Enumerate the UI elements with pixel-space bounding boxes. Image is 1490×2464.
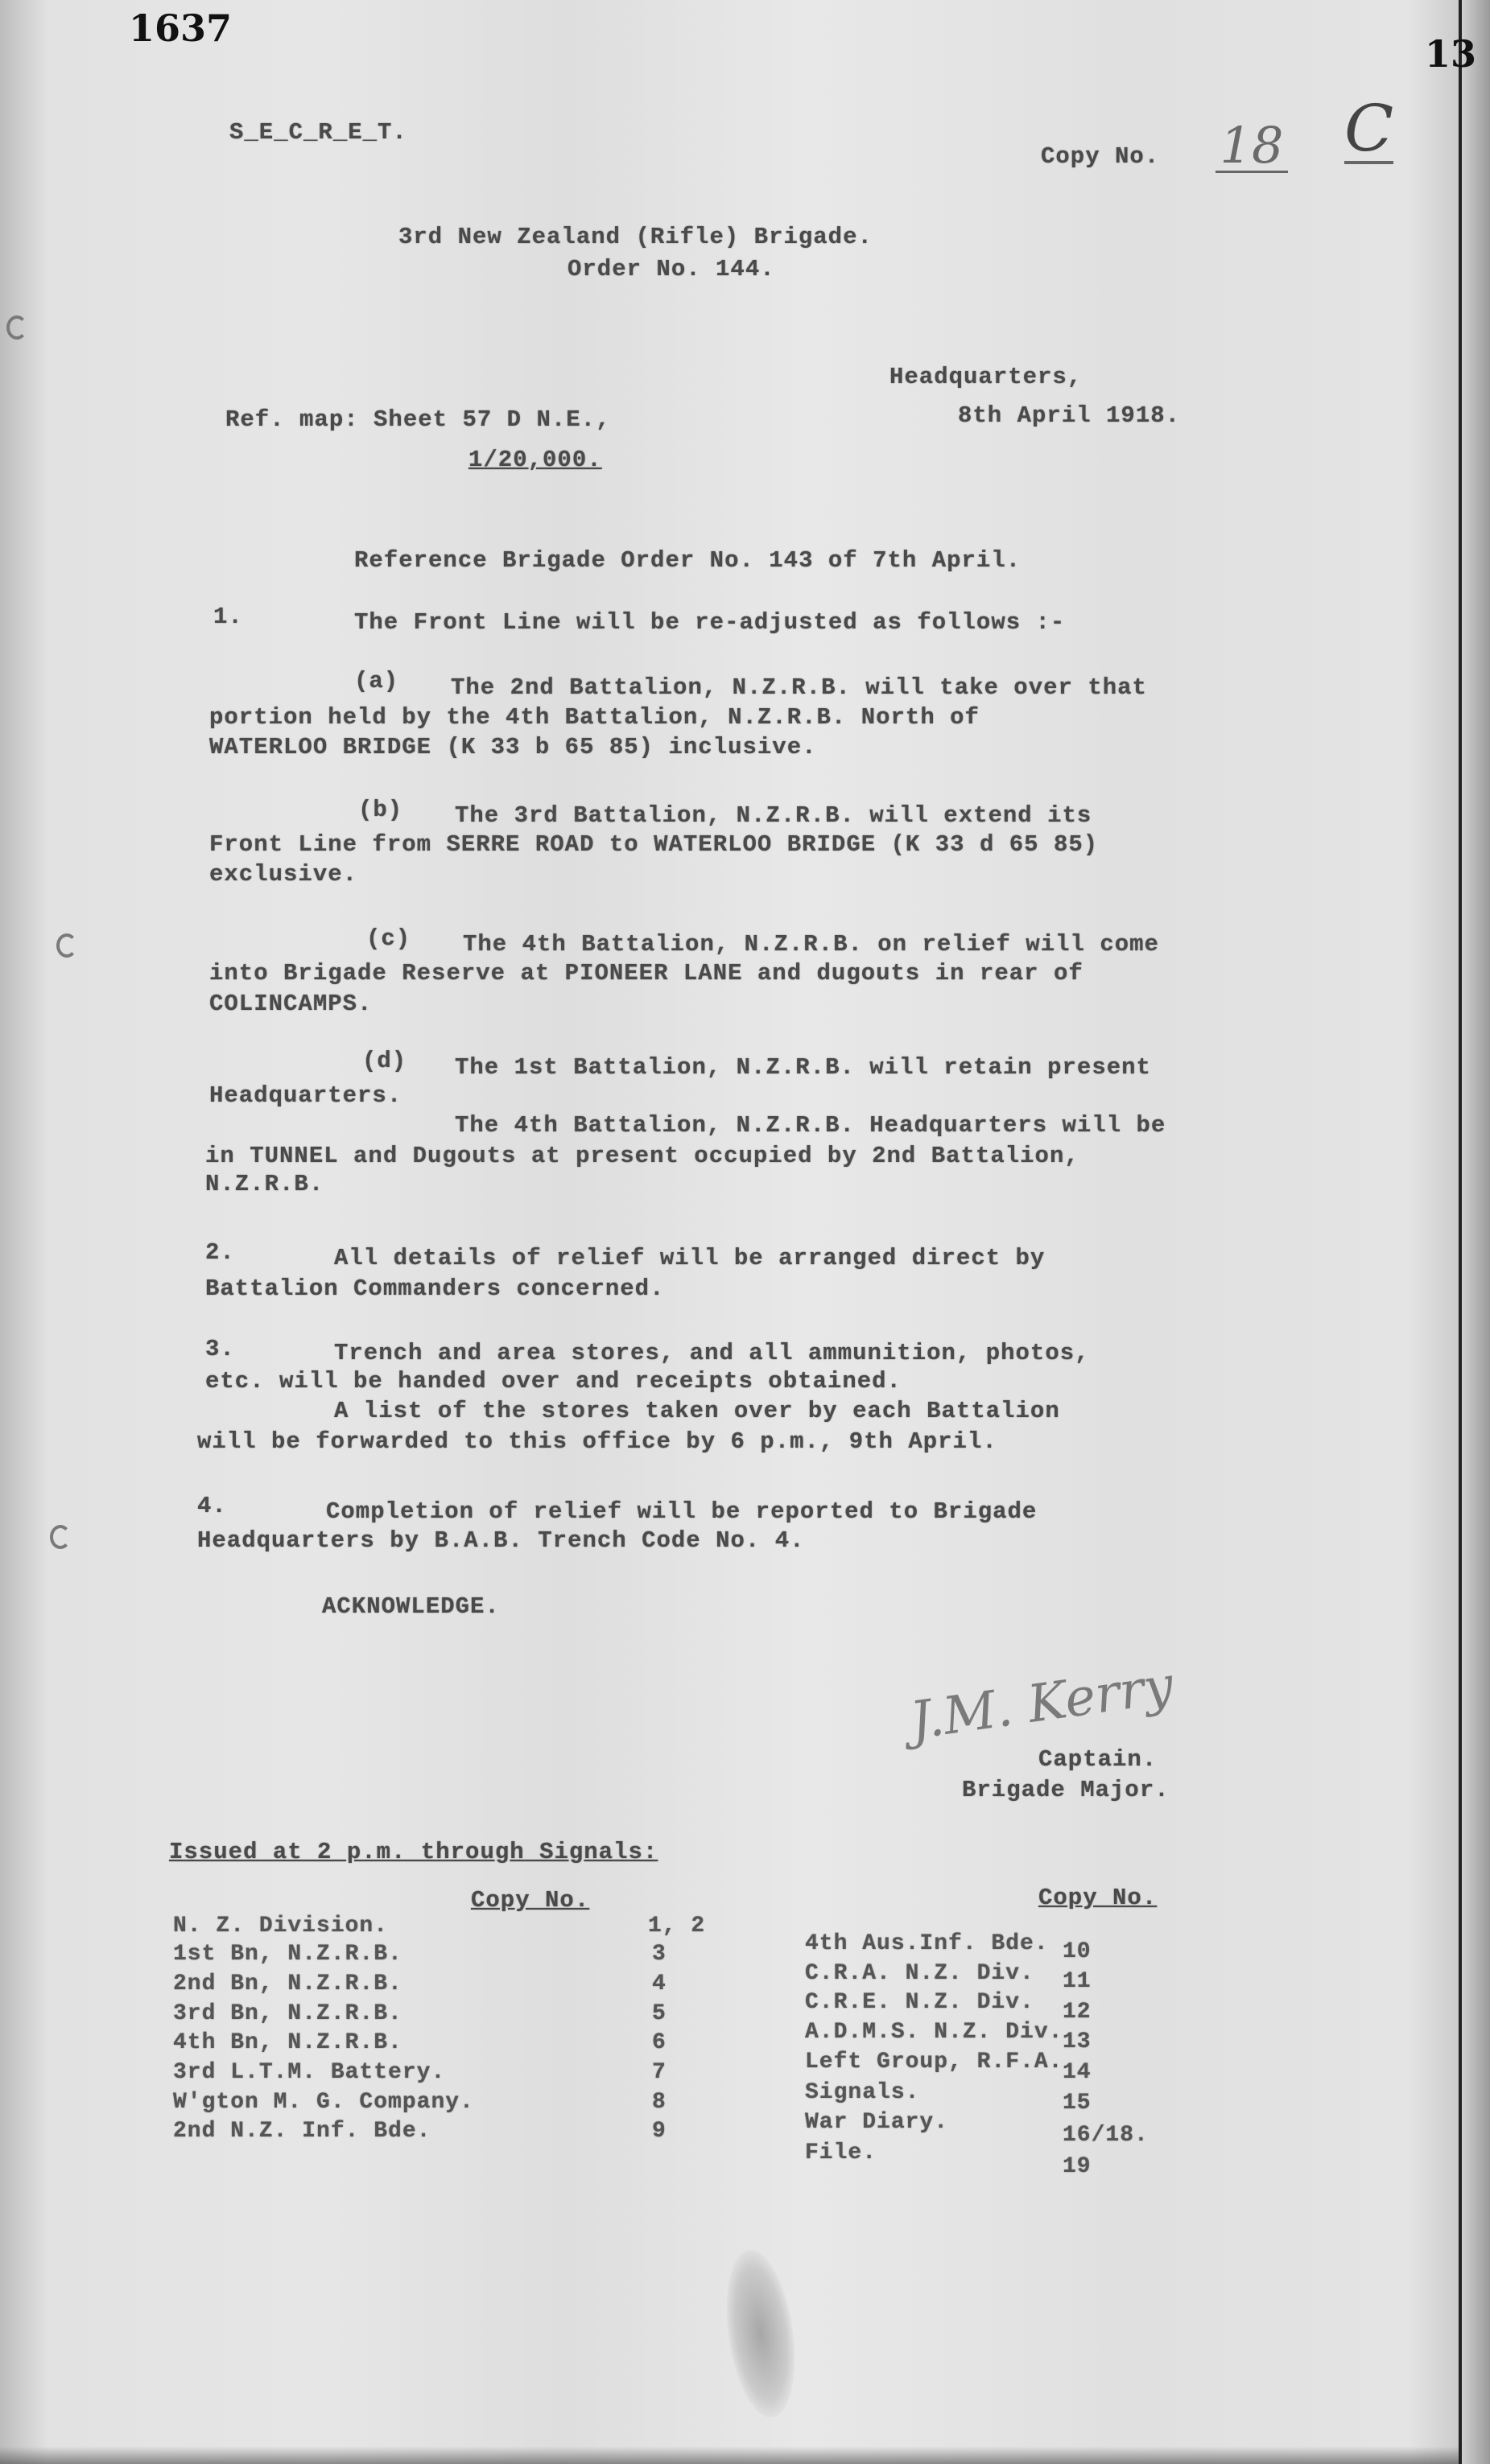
hq-location: Headquarters, <box>889 364 1082 390</box>
unit-title: 3rd New Zealand (Rifle) Brigade. <box>398 224 873 250</box>
punch-hole-icon <box>56 933 77 958</box>
punch-hole-icon <box>50 1525 71 1549</box>
page-bottom-shadow <box>0 2446 1459 2464</box>
list-item: N. Z. Division. <box>173 1914 388 1939</box>
list-item: 2nd Bn, N.Z.R.B. <box>173 1972 402 1996</box>
list-item: Left Group, R.F.A. <box>805 2050 1063 2075</box>
list-item: File. <box>805 2141 877 2165</box>
copy-number: 5 <box>652 2001 667 2026</box>
paragraph-line: Headquarters by B.A.B. Trench Code No. 4… <box>197 1527 805 1554</box>
paragraph-line: The Front Line will be re-adjusted as fo… <box>354 609 1065 636</box>
paragraph-line: in TUNNEL and Dugouts at present occupie… <box>205 1143 1079 1169</box>
paragraph-number: 4. <box>197 1493 227 1519</box>
copy-number: 3 <box>652 1942 667 1967</box>
paragraph-line: A list of the stores taken over by each … <box>334 1398 1060 1424</box>
copy-number: 6 <box>652 2030 667 2055</box>
paragraph-line: into Brigade Reserve at PIONEER LANE and… <box>209 960 1083 987</box>
copy-number: 19 <box>1063 2154 1092 2179</box>
paragraph-line: will be forwarded to this office by 6 p.… <box>197 1428 997 1455</box>
copy-number: 1, 2 <box>648 1914 705 1939</box>
copy-header-left: Copy No. <box>471 1887 589 1914</box>
paragraph-line: WATERLOO BRIDGE (K 33 b 65 85) inclusive… <box>209 734 817 760</box>
paragraph-line: Battalion Commanders concerned. <box>205 1275 665 1302</box>
acknowledge-instruction: ACKNOWLEDGE. <box>322 1593 500 1620</box>
paragraph-line: portion held by the 4th Battalion, N.Z.R… <box>209 704 980 731</box>
list-item: 4th Bn, N.Z.R.B. <box>173 2030 402 2055</box>
subparagraph-label: (c) <box>366 925 411 952</box>
classification-label: S_E_C_R_E_T. <box>229 119 407 146</box>
order-title: Order No. 144. <box>568 256 775 282</box>
paragraph-line: N.Z.R.B. <box>205 1171 324 1197</box>
punch-hole-icon <box>6 315 27 340</box>
subparagraph-label: (b) <box>358 797 402 823</box>
signatory-appointment: Brigade Major. <box>962 1777 1170 1803</box>
paragraph-line: Front Line from SERRE ROAD to WATERLOO B… <box>209 831 1098 858</box>
list-item: 3rd Bn, N.Z.R.B. <box>173 2001 402 2026</box>
copy-number: 12 <box>1063 2000 1092 2025</box>
handwritten-mark: C <box>1344 97 1393 164</box>
binder-strip <box>1462 0 1490 2464</box>
list-item: 2nd N.Z. Inf. Bde. <box>173 2119 431 2144</box>
copy-number: 10 <box>1063 1939 1092 1964</box>
copy-header-right: Copy No. <box>1038 1885 1157 1911</box>
paragraph-number: 2. <box>205 1239 235 1266</box>
subparagraph-label: (d) <box>362 1048 407 1074</box>
copy-number-handwritten: 18 <box>1216 121 1288 173</box>
paragraph-line: exclusive. <box>209 861 357 888</box>
paragraph-line: Trench and area stores, and all ammuniti… <box>334 1340 1090 1366</box>
folio-stamp: 1637 <box>129 6 232 50</box>
signatory-rank: Captain. <box>1038 1746 1157 1773</box>
list-item: War Diary. <box>805 2110 948 2135</box>
paragraph-line: All details of relief will be arranged d… <box>334 1245 1045 1271</box>
paragraph-line: COLINCAMPS. <box>209 991 372 1017</box>
paragraph-line: Headquarters. <box>209 1082 402 1109</box>
list-item: A.D.M.S. N.Z. Div. <box>805 2020 1063 2045</box>
subparagraph-label: (a) <box>354 668 398 694</box>
copy-number: 15 <box>1063 2091 1092 2116</box>
paragraph-line: The 4th Battalion, N.Z.R.B. on relief wi… <box>463 931 1159 958</box>
copy-number: 16/18. <box>1063 2123 1149 2148</box>
list-item: C.R.E. N.Z. Div. <box>805 1990 1034 2015</box>
reference-map: Ref. map: Sheet 57 D N.E., <box>225 406 610 433</box>
list-item: C.R.A. N.Z. Div. <box>805 1961 1034 1986</box>
distribution-heading: Issued at 2 p.m. through Signals: <box>169 1839 658 1865</box>
paragraph-number: 3. <box>205 1336 235 1362</box>
paragraph-line: Completion of relief will be reported to… <box>326 1498 1037 1525</box>
copy-number: 13 <box>1063 2029 1092 2054</box>
reference-order: Reference Brigade Order No. 143 of 7th A… <box>354 547 1021 574</box>
list-item: 4th Aus.Inf. Bde. <box>805 1931 1049 1956</box>
copy-number: 7 <box>652 2060 667 2085</box>
page-number-stamp: 13 <box>1425 32 1476 76</box>
list-item: Signals. <box>805 2080 919 2105</box>
copy-number: 11 <box>1063 1969 1092 1994</box>
paragraph-line: The 4th Battalion, N.Z.R.B. Headquarters… <box>455 1112 1166 1139</box>
order-date: 8th April 1918. <box>958 402 1180 429</box>
list-item: 1st Bn, N.Z.R.B. <box>173 1942 402 1967</box>
copy-number-label: Copy No. <box>1041 143 1159 170</box>
paragraph-line: The 2nd Battalion, N.Z.R.B. will take ov… <box>451 674 1147 701</box>
copy-number: 9 <box>652 2119 667 2144</box>
list-item: 3rd L.T.M. Battery. <box>173 2060 445 2085</box>
copy-number: 8 <box>652 2090 667 2115</box>
paragraph-line: etc. will be handed over and receipts ob… <box>205 1368 902 1395</box>
paragraph-line: The 3rd Battalion, N.Z.R.B. will extend … <box>455 802 1092 829</box>
paragraph-number: 1. <box>213 604 243 630</box>
list-item: W'gton M. G. Company. <box>173 2090 474 2115</box>
map-scale: 1/20,000. <box>468 447 602 473</box>
copy-number: 4 <box>652 1972 667 1996</box>
copy-number: 14 <box>1063 2060 1092 2085</box>
paragraph-line: The 1st Battalion, N.Z.R.B. will retain … <box>455 1054 1151 1081</box>
